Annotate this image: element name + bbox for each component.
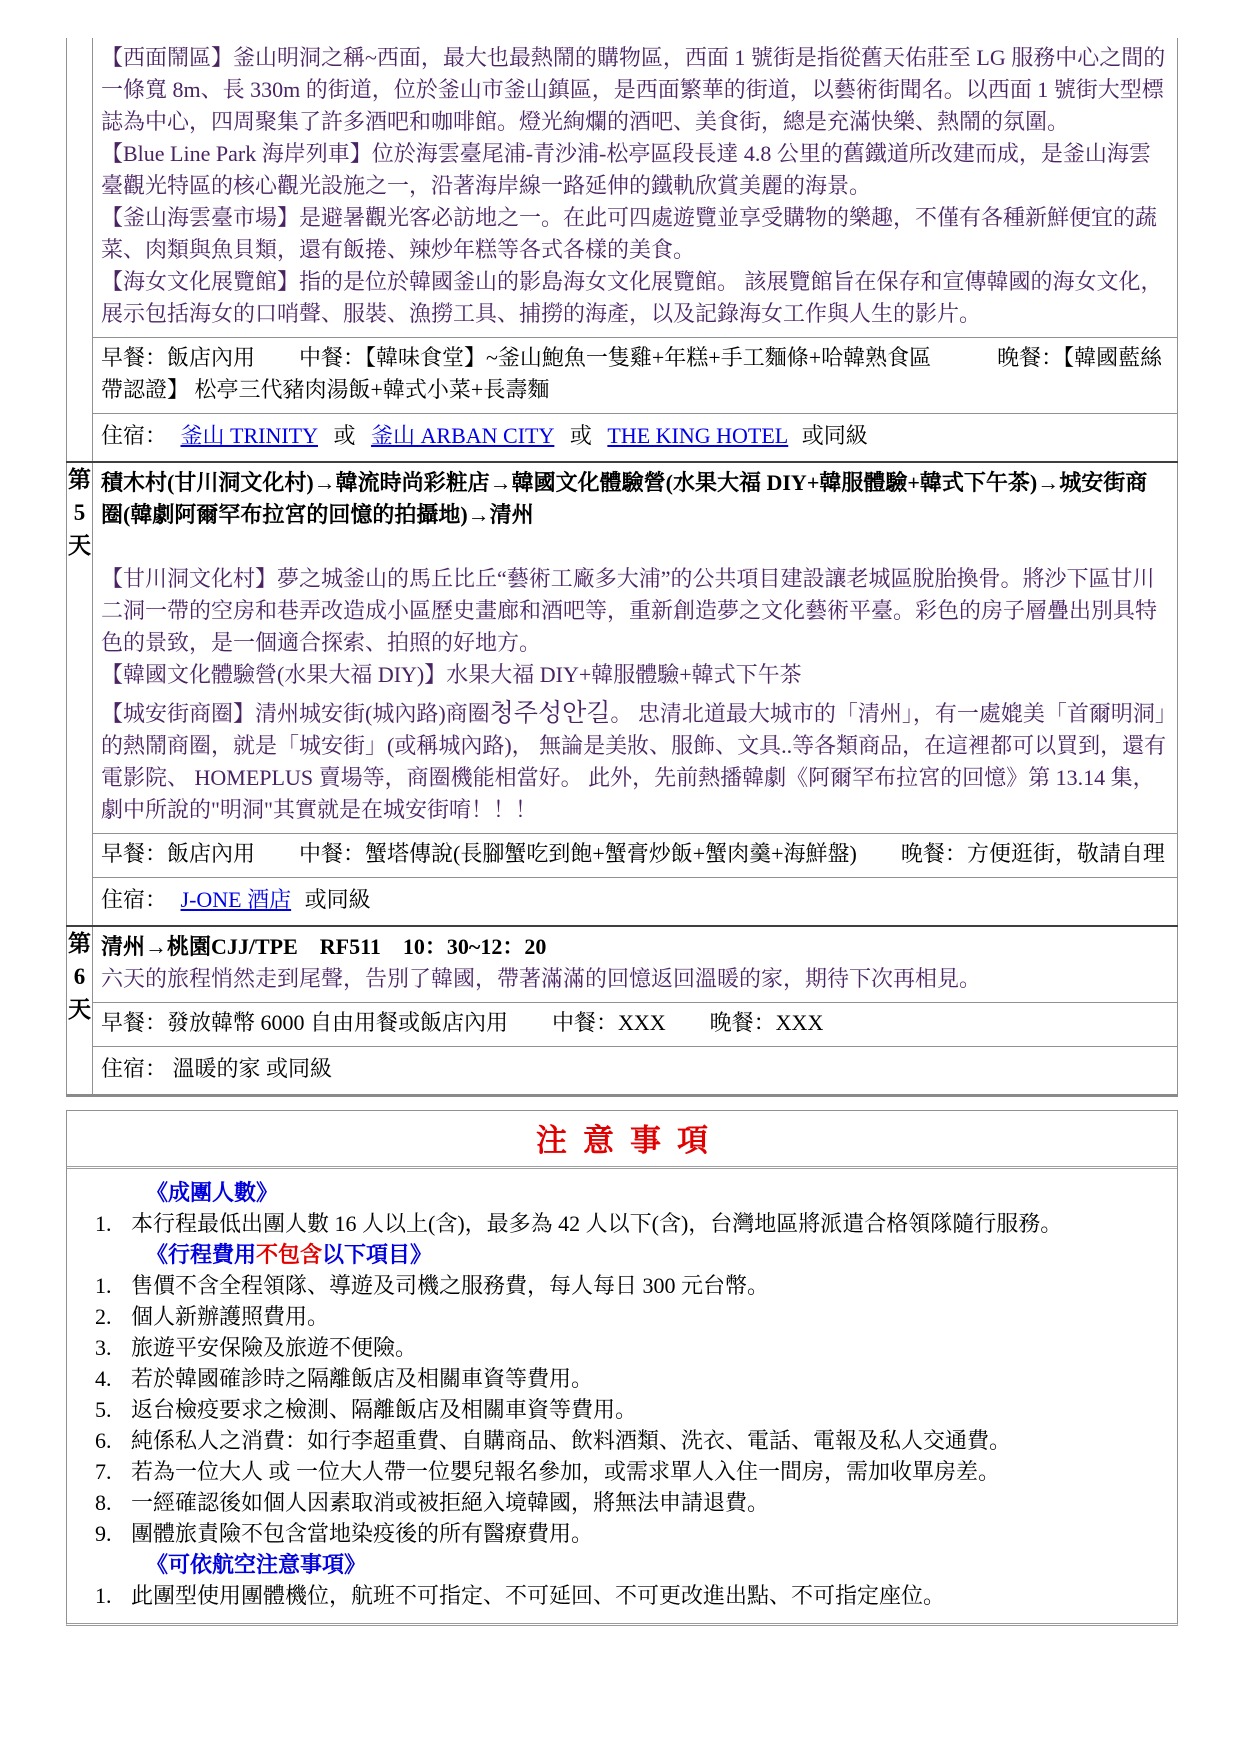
attraction-paragraph-culture-camp: 【韓國文化體驗營(水果大福 DIY)】水果大福 DIY+韓服體驗+韓式下午茶 — [101, 659, 1169, 691]
hotel-label: 住宿： — [101, 887, 167, 912]
notice-heading-group-size: 《成團人數》 — [75, 1177, 1167, 1208]
notice-section: 注意事項 《成團人數》 1. 本行程最低出團人數 16 人以上(含)，最多為 4… — [66, 1110, 1178, 1626]
hotel-link-busan-trinity[interactable]: 釜山 TRINITY — [181, 423, 318, 448]
hotel-link-the-king-hotel[interactable]: THE KING HOTEL — [607, 423, 788, 448]
hotel-link-j-one[interactable]: J-ONE 酒店 — [181, 887, 292, 912]
heading-text: 以下項目》 — [322, 1242, 432, 1267]
item-text: 一經確認後如個人因素取消或被拒絕入境韓國，將無法申請退費。 — [131, 1487, 1167, 1518]
item-number: 1. — [95, 1208, 131, 1239]
item-number: 2. — [95, 1301, 131, 1332]
notice-item: 2. 個人新辦護照費用。 — [75, 1301, 1167, 1332]
attraction-paragraph-blue-line-park: 【Blue Line Park 海岸列車】位於海雲臺尾浦-青沙浦-松亭區段長達 … — [101, 138, 1169, 202]
notice-item: 4. 若於韓國確診時之隔離飯店及相關車資等費用。 — [75, 1363, 1167, 1394]
itinerary-table: 【西面鬧區】釜山明洞之稱~西面，最大也最熱鬧的購物區，西面 1 號街是指從舊天佑… — [66, 38, 1178, 1097]
item-text: 本行程最低出團人數 16 人以上(含)，最多為 42 人以下(含)，台灣地區將派… — [131, 1208, 1167, 1239]
day5-description-row: 第5天 積木村(甘川洞文化村)→韓流時尚彩粧店→韓國文化體驗營(水果大福 DIY… — [67, 462, 1178, 834]
day6-hotel-cell: 住宿： 溫暖的家 或同級 — [93, 1047, 1178, 1096]
notice-heading-fees-excluded: 《行程費用不包含以下項目》 — [75, 1239, 1167, 1270]
item-number: 7. — [95, 1456, 131, 1487]
notice-item: 9. 團體旅責險不包含當地染疫後的所有醫療費用。 — [75, 1518, 1167, 1549]
seongan-street-korean-name: 청주성안길 — [490, 699, 611, 727]
attraction-paragraph-seomyeon: 【西面鬧區】釜山明洞之稱~西面，最大也最熱鬧的購物區，西面 1 號街是指從舊天佑… — [101, 42, 1169, 138]
seongan-street-text: 【城安街商圈】清州城安街(城內路)商圈 — [101, 701, 490, 726]
hotel-home-text: 溫暖的家 或同級 — [173, 1056, 333, 1081]
item-number: 8. — [95, 1487, 131, 1518]
day6-label-cell: 第6天 — [67, 926, 93, 1096]
notice-item: 6. 純係私人之消費：如行李超重費、自購商品、飲料酒類、洗衣、電話、電報及私人交… — [75, 1425, 1167, 1456]
day4-label-cell — [67, 38, 93, 462]
notice-heading-airline: 《可依航空注意事項》 — [75, 1549, 1167, 1580]
day4-description-row: 【西面鬧區】釜山明洞之稱~西面，最大也最熱鬧的購物區，西面 1 號街是指從舊天佑… — [67, 38, 1178, 338]
hotel-label: 住宿： — [101, 423, 167, 448]
day5-route-heading: 積木村(甘川洞文化村)→韓流時尚彩粧店→韓國文化體驗營(水果大福 DIY+韓服體… — [101, 467, 1169, 531]
item-text: 返台檢疫要求之檢測、隔離飯店及相關車資等費用。 — [131, 1394, 1167, 1425]
hotel-or-separator: 或 — [334, 423, 356, 448]
day4-meals-row: 早餐：飯店內用 中餐：【韓味食堂】~釜山鮑魚一隻雞+年糕+手工麵條+哈韓熟食區 … — [67, 338, 1178, 414]
hotel-link-busan-arban-city[interactable]: 釜山 ARBAN CITY — [371, 423, 554, 448]
day6-farewell-text: 六天的旅程悄然走到尾聲，告別了韓國，帶著滿滿的回憶返回溫暖的家，期待下次再相見。 — [101, 963, 1169, 995]
day4-meals-cell: 早餐：飯店內用 中餐：【韓味食堂】~釜山鮑魚一隻雞+年糕+手工麵條+哈韓熟食區 … — [93, 338, 1178, 414]
item-text: 個人新辦護照費用。 — [131, 1301, 1167, 1332]
hotel-or-equivalent: 或同級 — [305, 887, 371, 912]
day5-meals-row: 早餐：飯店內用 中餐：蟹塔傳說(長腳蟹吃到飽+蟹膏炒飯+蟹肉羹+海鮮盤) 晚餐：… — [67, 834, 1178, 878]
day6-flight-heading: 清州→桃園CJJ/TPE RF511 10：30~12：20 — [101, 931, 1169, 963]
day4-description-cell: 【西面鬧區】釜山明洞之稱~西面，最大也最熱鬧的購物區，西面 1 號街是指從舊天佑… — [93, 38, 1178, 338]
notice-item: 3. 旅遊平安保險及旅遊不便險。 — [75, 1332, 1167, 1363]
item-text: 純係私人之消費：如行李超重費、自購商品、飲料酒類、洗衣、電話、電報及私人交通費。 — [131, 1425, 1167, 1456]
item-number: 5. — [95, 1394, 131, 1425]
attraction-paragraph-haenyeo-museum: 【海女文化展覽館】指的是位於韓國釜山的影島海女文化展覽館。 該展覽館旨在保存和宣… — [101, 266, 1169, 330]
tour-itinerary-document: 【西面鬧區】釜山明洞之稱~西面，最大也最熱鬧的購物區，西面 1 號街是指從舊天佑… — [66, 38, 1178, 1626]
heading-highlight-not-included: 不包含 — [256, 1242, 322, 1267]
notice-item: 1. 此團型使用團體機位，航班不可指定、不可延回、不可更改進出點、不可指定座位。 — [75, 1580, 1167, 1611]
day5-description-cell: 積木村(甘川洞文化村)→韓流時尚彩粧店→韓國文化體驗營(水果大福 DIY+韓服體… — [93, 462, 1178, 834]
notice-item: 7. 若為一位大人 或 一位大人帶一位嬰兒報名參加，或需求單人入住一間房，需加收… — [75, 1456, 1167, 1487]
day4-hotel-cell: 住宿： 釜山 TRINITY 或 釜山 ARBAN CITY 或 THE KIN… — [93, 414, 1178, 463]
day5-hotel-cell: 住宿： J-ONE 酒店 或同級 — [93, 878, 1178, 927]
notice-item: 1. 售價不含全程領隊、導遊及司機之服務費，每人每日 300 元台幣。 — [75, 1270, 1167, 1301]
day5-label-cell: 第5天 — [67, 462, 93, 926]
item-text: 此團型使用團體機位，航班不可指定、不可延回、不可更改進出點、不可指定座位。 — [131, 1580, 1167, 1611]
hotel-or-separator: 或 — [570, 423, 592, 448]
day6-meals-row: 早餐：發放韓幣 6000 自由用餐或飯店內用 中餐：XXX 晚餐：XXX — [67, 1003, 1178, 1047]
attraction-paragraph-gamcheon-village: 【甘川洞文化村】夢之城釜山的馬丘比丘“藝術工廠多大浦”的公共項目建設讓老城區脫胎… — [101, 563, 1169, 659]
notice-item: 1. 本行程最低出團人數 16 人以上(含)，最多為 42 人以下(含)，台灣地… — [75, 1208, 1167, 1239]
day5-hotel-row: 住宿： J-ONE 酒店 或同級 — [67, 878, 1178, 927]
hotel-or-equivalent: 或同級 — [802, 423, 868, 448]
item-text: 團體旅責險不包含當地染疫後的所有醫療費用。 — [131, 1518, 1167, 1549]
item-number: 6. — [95, 1425, 131, 1456]
hotel-label: 住宿： — [101, 1056, 167, 1081]
item-text: 若於韓國確診時之隔離飯店及相關車資等費用。 — [131, 1363, 1167, 1394]
day5-meals-cell: 早餐：飯店內用 中餐：蟹塔傳說(長腳蟹吃到飽+蟹膏炒飯+蟹肉羹+海鮮盤) 晚餐：… — [93, 834, 1178, 878]
item-text: 售價不含全程領隊、導遊及司機之服務費，每人每日 300 元台幣。 — [131, 1270, 1167, 1301]
attraction-paragraph-haeundae-market: 【釜山海雲臺市場】是避暑觀光客必訪地之一。在此可四處遊覽並享受購物的樂趣，不僅有… — [101, 202, 1169, 266]
blank-line — [101, 531, 1169, 563]
day4-hotel-row: 住宿： 釜山 TRINITY 或 釜山 ARBAN CITY 或 THE KIN… — [67, 414, 1178, 463]
notice-item: 8. 一經確認後如個人因素取消或被拒絕入境韓國，將無法申請退費。 — [75, 1487, 1167, 1518]
item-number: 1. — [95, 1270, 131, 1301]
item-number: 4. — [95, 1363, 131, 1394]
item-number: 1. — [95, 1580, 131, 1611]
item-text: 若為一位大人 或 一位大人帶一位嬰兒報名參加，或需求單人入住一間房，需加收單房差… — [131, 1456, 1167, 1487]
item-number: 9. — [95, 1518, 131, 1549]
attraction-paragraph-seongan-street: 【城安街商圈】清州城安街(城內路)商圈청주성안길。 忠清北道最大城市的「清州」，… — [101, 697, 1169, 826]
day6-description-row: 第6天 清州→桃園CJJ/TPE RF511 10：30~12：20 六天的旅程… — [67, 926, 1178, 1003]
day6-meals-cell: 早餐：發放韓幣 6000 自由用餐或飯店內用 中餐：XXX 晚餐：XXX — [93, 1003, 1178, 1047]
notice-item: 5. 返台檢疫要求之檢測、隔離飯店及相關車資等費用。 — [75, 1394, 1167, 1425]
notice-title: 注意事項 — [536, 1123, 724, 1158]
notice-body: 《成團人數》 1. 本行程最低出團人數 16 人以上(含)，最多為 42 人以下… — [67, 1169, 1177, 1623]
item-number: 3. — [95, 1332, 131, 1363]
notice-header: 注意事項 — [67, 1111, 1177, 1169]
item-text: 旅遊平安保險及旅遊不便險。 — [131, 1332, 1167, 1363]
heading-text: 《行程費用 — [146, 1242, 256, 1267]
day6-hotel-row: 住宿： 溫暖的家 或同級 — [67, 1047, 1178, 1096]
day6-description-cell: 清州→桃園CJJ/TPE RF511 10：30~12：20 六天的旅程悄然走到… — [93, 926, 1178, 1003]
